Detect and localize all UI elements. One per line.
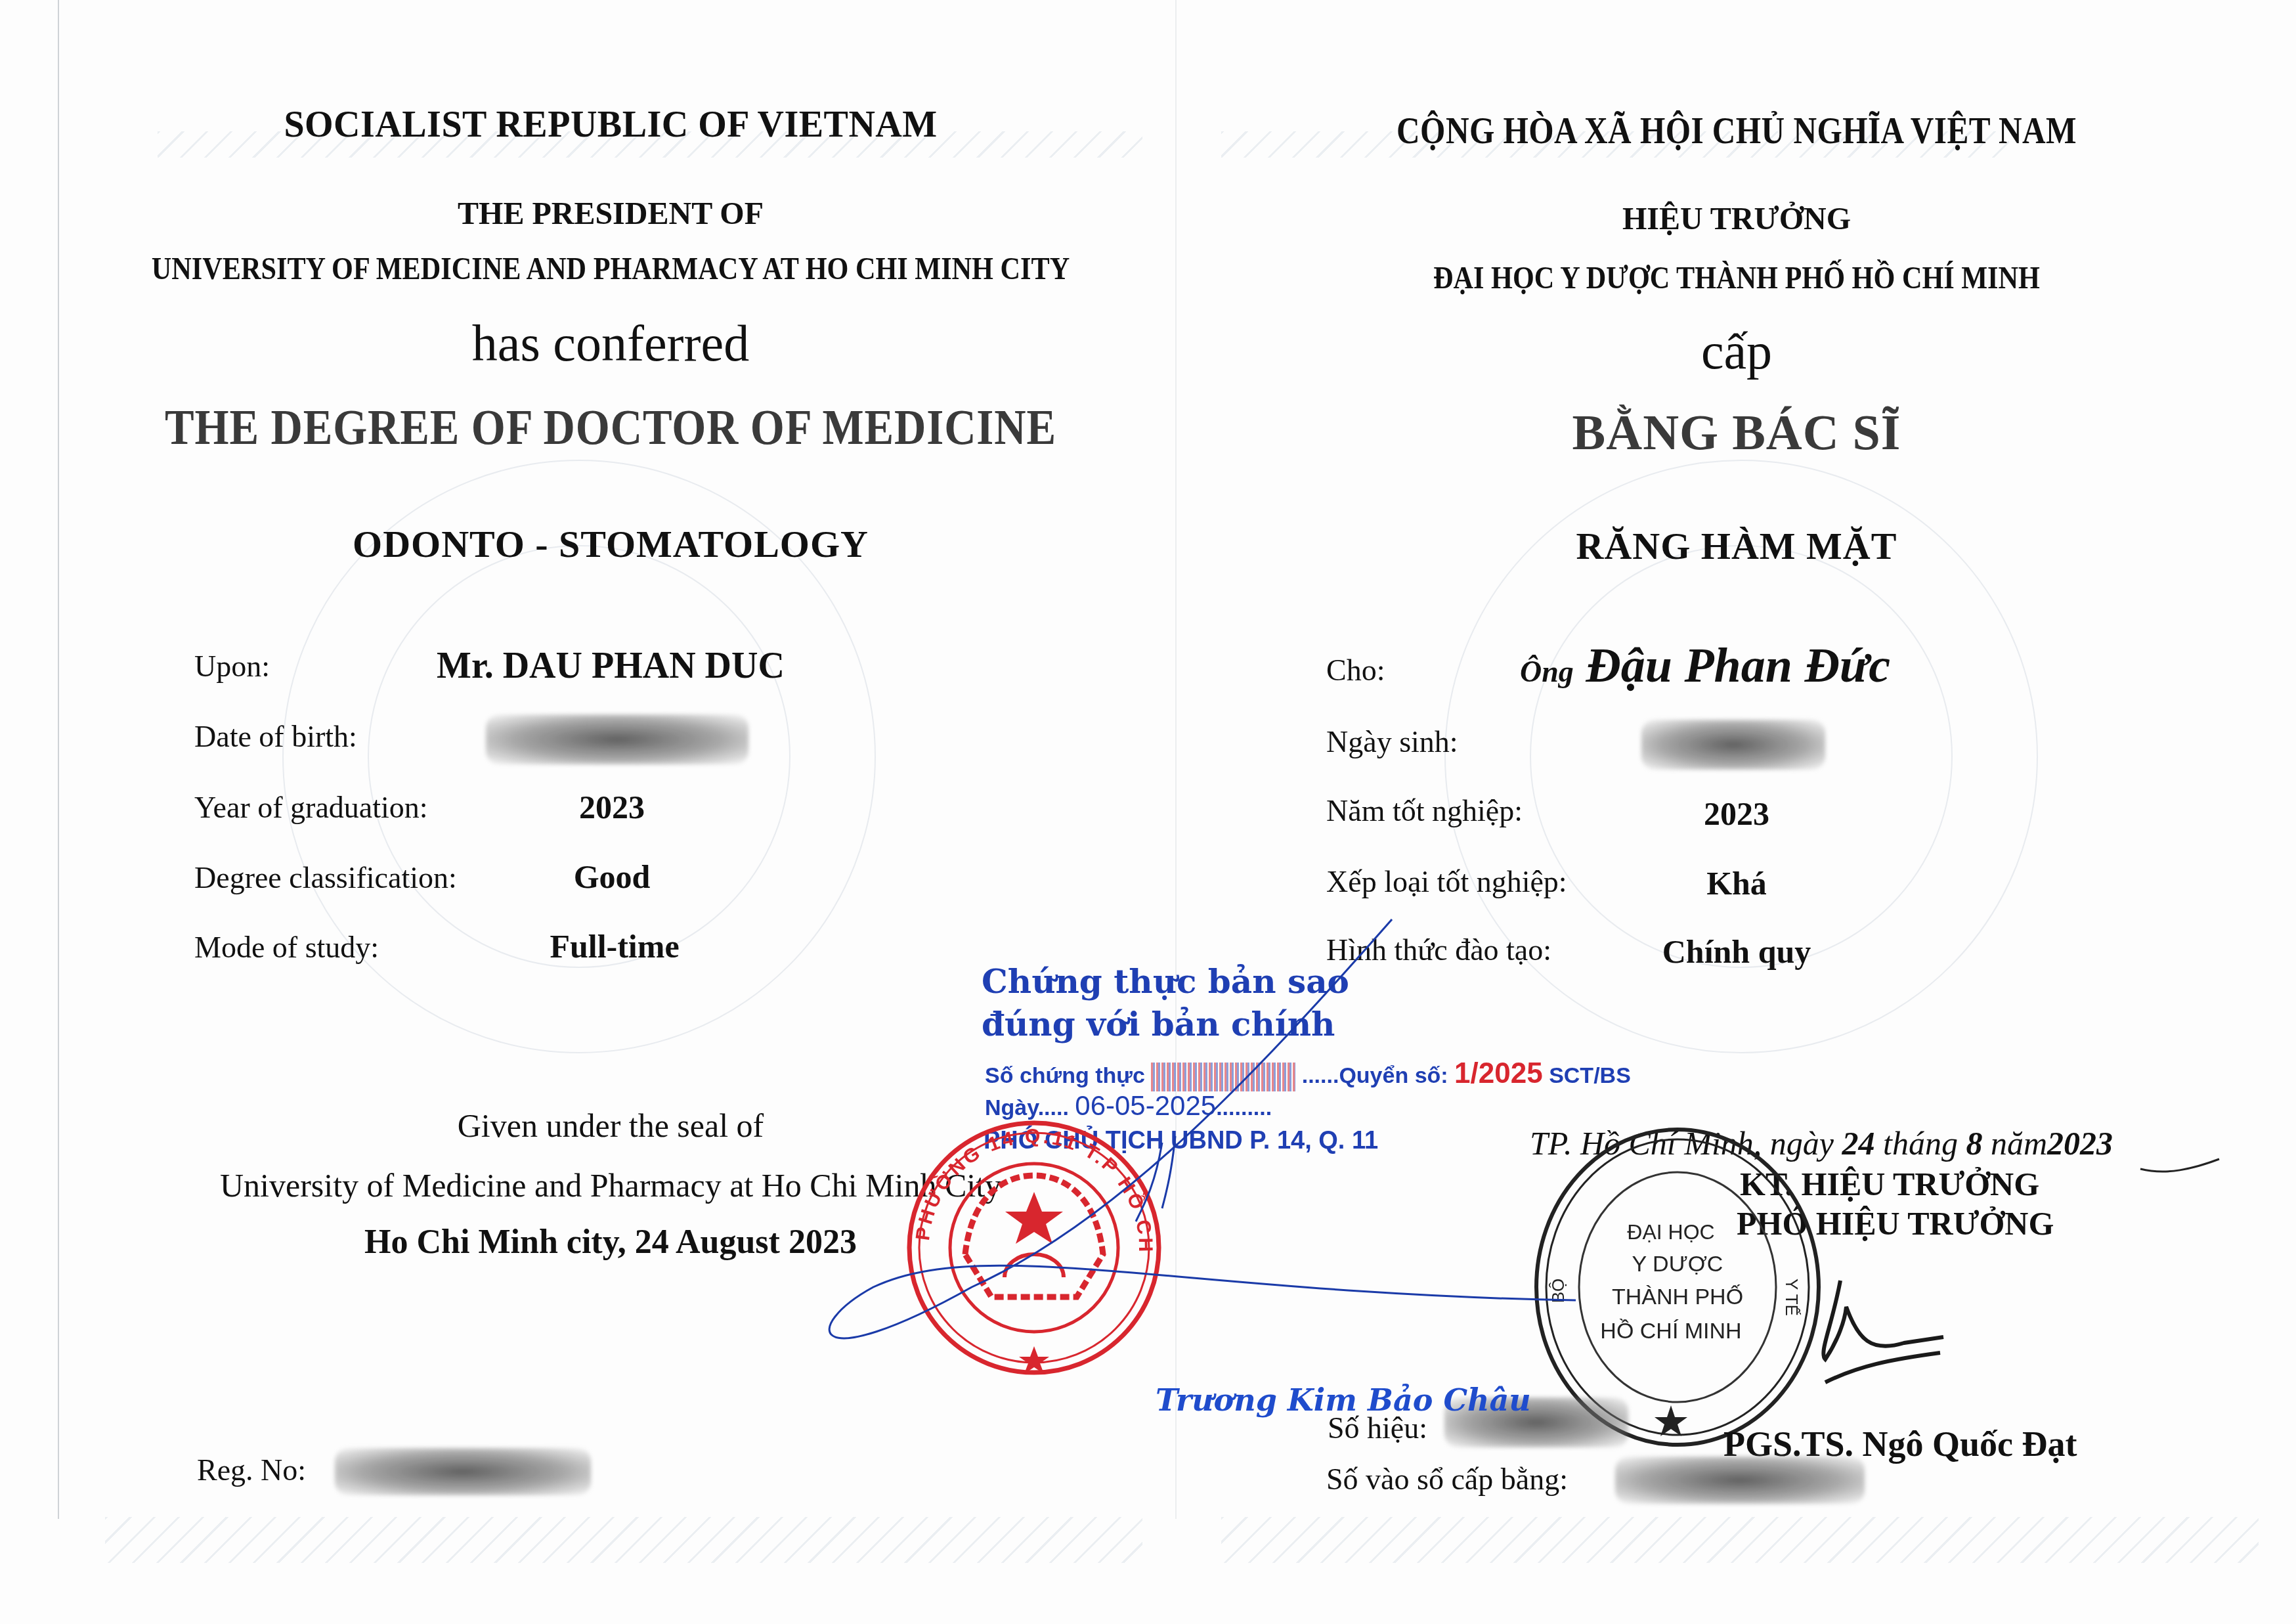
field-label-classification: Degree classification: (194, 860, 457, 895)
issuer-org-en: UNIVERSITY OF MEDICINE AND PHARMACY AT H… (152, 251, 1070, 287)
place-date-year-label-vi: năm (1991, 1125, 2047, 1162)
redacted-reg-no (335, 1448, 591, 1495)
place-date-year-vi: 2023 (2047, 1125, 2113, 1162)
signer-line2-vi: PHÓ HIỆU TRƯỞNG (1737, 1204, 2054, 1242)
place-date-day-vi: 24 (1842, 1125, 1875, 1162)
place-date-prefix-vi: TP. Hồ Chí Minh, ngày (1530, 1125, 1834, 1162)
place-date-month-label-vi: tháng (1883, 1125, 1958, 1162)
redacted-cert-number (1151, 1063, 1295, 1091)
degree-title-en: THE DEGREE OF DOCTOR OF MEDICINE (165, 399, 1056, 456)
cert-number-label: Số chứng thực (985, 1063, 1145, 1088)
major-en: ODONTO - STOMATOLOGY (353, 522, 869, 566)
graduation-year-vi: 2023 (1704, 795, 1769, 833)
border-pattern-bottom-right (1221, 1517, 2259, 1563)
seal-text-line4: HỒ CHÍ MINH (1600, 1319, 1741, 1344)
field-label-xep-loai: Xếp loại tốt nghiệp: (1326, 864, 1567, 899)
conferred-text-vi: cấp (1701, 322, 1772, 381)
classification-vi: Khá (1706, 864, 1767, 902)
issuer-title-en: THE PRESIDENT OF (458, 196, 764, 232)
seal-text-line2: Y DƯỢC (1632, 1252, 1723, 1277)
seal-text-right: Y TẾ (1781, 1279, 1802, 1316)
country-heading-en: SOCIALIST REPUBLIC OF VIETNAM (284, 104, 937, 146)
place-date-vi: TP. Hồ Chí Minh, ngày 24 tháng 8 năm2023 (1530, 1124, 2113, 1162)
conferred-text-en: has conferred (472, 314, 749, 373)
register-label-vi: Số vào sổ cấp bằng: (1326, 1462, 1568, 1497)
book-label: Quyển số: (1339, 1063, 1448, 1088)
seal-line1-en: Given under the seal of (458, 1107, 764, 1145)
field-label-mode: Mode of study: (194, 930, 379, 965)
issuer-org-vi: ĐẠI HỌC Y DƯỢC THÀNH PHỐ HỒ CHÍ MINH (1433, 260, 2040, 296)
recipient-name-en: Mr. DAU PHAN DUC (437, 645, 785, 687)
book-suffix: SCT/BS (1549, 1063, 1631, 1088)
field-label-nam-tot-nghiep: Năm tốt nghiệp: (1326, 793, 1523, 828)
redacted-dob-en (486, 714, 748, 764)
official-signature-name: Trương Kim Bảo Châu (1156, 1382, 1531, 1418)
field-label-year: Year of graduation: (194, 790, 428, 825)
book-number: 1/2025 (1454, 1057, 1543, 1089)
page-edge-left (58, 0, 59, 1519)
field-label-cho: Cho: (1326, 653, 1385, 688)
signer-line1-vi: KT. HIỆU TRƯỞNG (1740, 1165, 2039, 1203)
redacted-register-no (1615, 1457, 1865, 1504)
place-date-en: Ho Chi Minh city, 24 August 2023 (364, 1223, 857, 1262)
cert-official-title: PHÓ CHỦ TỊCH UBND P. 14, Q. 11 (984, 1127, 1378, 1155)
classification-en: Good (574, 858, 651, 896)
cert-stamp-title2: đúng với bản chính (982, 1005, 1335, 1043)
study-mode-en: Full-time (550, 927, 679, 965)
issuer-title-vi: HIỆU TRƯỞNG (1622, 201, 1851, 237)
major-vi: RĂNG HÀM MẶT (1576, 524, 1897, 568)
place-date-month-vi: 8 (1966, 1125, 1982, 1162)
recipient-fullname-vi: Đậu Phan Đức (1586, 639, 1890, 693)
redacted-dob-vi (1641, 720, 1825, 770)
country-heading-vi: CỘNG HÒA XÃ HỘI CHỦ NGHĨA VIỆT NAM (1397, 110, 2077, 152)
border-pattern-bottom-left (105, 1517, 1142, 1563)
seal-text-top: ĐẠI HỌC (1627, 1220, 1714, 1244)
degree-title-vi: BẰNG BÁC SĨ (1572, 405, 1901, 462)
seal-text-line3: THÀNH PHỐ (1612, 1284, 1743, 1310)
recipient-honorific-vi: Ông (1520, 655, 1574, 688)
cert-date-value: 06-05-2025 (1075, 1090, 1216, 1121)
recipient-name-vi: Ông Đậu Phan Đức (1520, 638, 1890, 694)
reg-no-label: Reg. No: (197, 1453, 306, 1487)
graduation-year-en: 2023 (579, 788, 645, 826)
cert-date-label: Ngày (985, 1095, 1038, 1120)
seal-line2-en: University of Medicine and Pharmacy at H… (220, 1166, 1001, 1204)
cert-date-row: Ngày..... 06-05-2025......... (985, 1090, 1272, 1122)
field-label-ngay-sinh: Ngày sinh: (1326, 724, 1458, 759)
field-label-hinh-thuc: Hình thức đào tạo: (1326, 933, 1551, 967)
page-center-fold (1175, 0, 1177, 1519)
cert-stamp-title1: Chứng thực bản sao (982, 962, 1349, 1001)
field-label-upon: Upon: (194, 649, 270, 684)
cert-number-row: Số chứng thực ......Quyển số: 1/2025 SCT… (985, 1057, 1631, 1091)
study-mode-vi: Chính quy (1662, 933, 1811, 971)
seal-text-left: BỘ (1548, 1279, 1569, 1304)
field-label-dob: Date of birth: (194, 719, 357, 754)
